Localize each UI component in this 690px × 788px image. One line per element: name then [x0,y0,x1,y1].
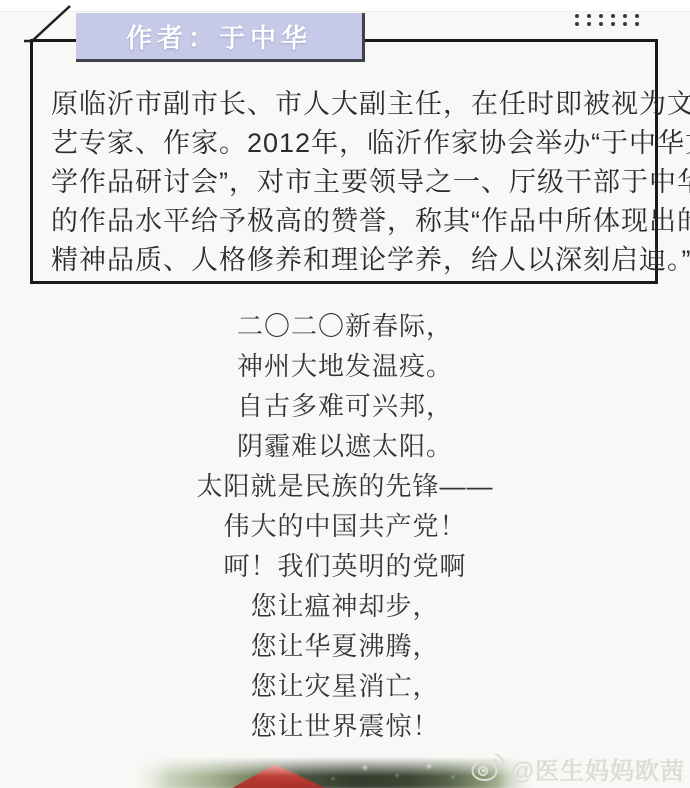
watermark: @医生妈妈欧茜 [470,749,685,787]
poem-line: 您让灾星消亡， [0,666,690,706]
post-image: 原临沂市副市长、市人大副主任，在任时即被视为文艺专家、作家。2012年，临沂作家… [0,0,690,788]
author-bio-text: 原临沂市副市长、市人大副主任，在任时即被视为文艺专家、作家。2012年，临沂作家… [51,85,639,280]
poem-line: 二〇二〇新春际， [0,306,690,346]
poem-line: 呵！我们英明的党啊 [0,546,690,586]
bio-line: 艺专家、作家。2012年，临沂作家协会举办“于中华文 [51,124,639,163]
bio-line: 精神品质、人格修养和理论学养，给人以深刻启迪。” [51,241,639,280]
author-badge-label: 作者：于中华 [126,18,312,55]
poem-line: 阴霾难以遮太阳。 [0,426,690,466]
author-badge: 作者：于中华 [76,13,365,62]
author-bio-box: 原临沂市副市长、市人大副主任，在任时即被视为文艺专家、作家。2012年，临沂作家… [30,39,658,284]
dots-grid-icon [575,14,639,26]
poem-line: 神州大地发温疫。 [0,346,690,386]
poem-line: 您让世界震惊！ [0,706,690,746]
poem-line: 太阳就是民族的先锋—— [0,466,690,506]
poem: 二〇二〇新春际，神州大地发温疫。自古多难可兴邦，阴霾难以遮太阳。太阳就是民族的先… [0,306,690,746]
top-strip [0,0,690,12]
poem-line: 您让华夏沸腾， [0,626,690,666]
bio-line: 学作品研讨会”，对市主要领导之一、厅级干部于中华 [51,163,639,202]
poem-line: 伟大的中国共产党！ [0,506,690,546]
poem-line: 您让瘟神却步， [0,586,690,626]
bio-line: 原临沂市副市长、市人大副主任，在任时即被视为文 [51,85,639,124]
bio-line: 的作品水平给予极高的赞誉，称其“作品中所体现出的 [51,202,639,241]
poem-line: 自古多难可兴邦， [0,386,690,426]
watermark-handle: @医生妈妈欧茜 [511,751,685,786]
weibo-icon [470,751,506,785]
